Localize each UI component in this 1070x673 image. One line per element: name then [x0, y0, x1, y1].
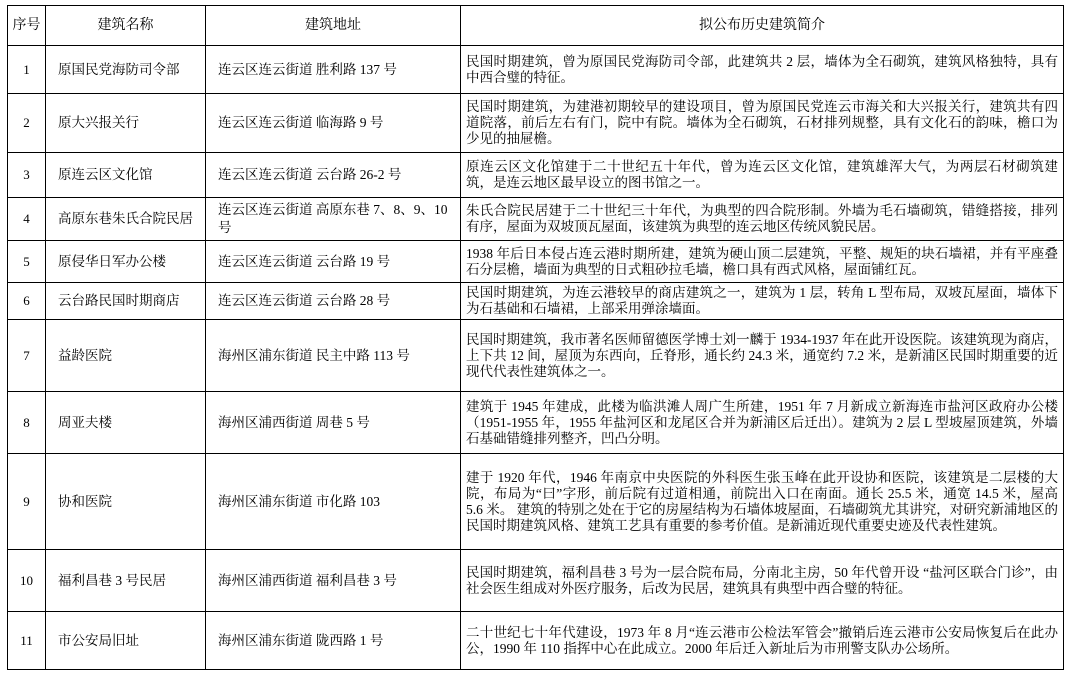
building-address-cell: 海州区浦西街道 福利昌巷 3 号 [206, 550, 461, 612]
row-number-cell: 8 [8, 392, 46, 454]
building-name-cell: 福利昌巷 3 号民居 [46, 550, 206, 612]
building-description-cell: 二十世纪七十年代建设，1973 年 8 月“连云港市公检法军管会”撤销后连云港市… [461, 612, 1064, 670]
row-number-cell: 5 [8, 241, 46, 283]
row-number-cell: 10 [8, 550, 46, 612]
building-description-cell: 民国时期建筑，我市著名医师留德医学博士刘一麟于 1934-1937 年在此开设医… [461, 320, 1064, 392]
row-number-cell: 6 [8, 283, 46, 320]
table-header-row: 序号 建筑名称 建筑地址 拟公布历史建筑简介 [8, 6, 1064, 46]
building-address-cell: 海州区浦东街道 陇西路 1 号 [206, 612, 461, 670]
header-address: 建筑地址 [206, 6, 461, 46]
row-number-cell: 4 [8, 198, 46, 241]
table-row: 11 市公安局旧址 海州区浦东街道 陇西路 1 号 二十世纪七十年代建设，197… [8, 612, 1064, 670]
table-row: 8 周亚夫楼 海州区浦西街道 周巷 5 号 建筑于 1945 年建成，此楼为临洪… [8, 392, 1064, 454]
building-address-cell: 连云区连云街道 高原东巷 7、8、9、10 号 [206, 198, 461, 241]
building-address-cell: 海州区浦东街道 民主中路 113 号 [206, 320, 461, 392]
building-description-cell: 民国时期建筑，为建港初期较早的建设项目，曾为原国民党连云市海关和大兴报关行，建筑… [461, 94, 1064, 153]
table-row: 7 益龄医院 海州区浦东街道 民主中路 113 号 民国时期建筑，我市著名医师留… [8, 320, 1064, 392]
table-row: 4 高原东巷朱氏合院民居 连云区连云街道 高原东巷 7、8、9、10 号 朱氏合… [8, 198, 1064, 241]
document-page: 序号 建筑名称 建筑地址 拟公布历史建筑简介 1 原国民党海防司令部 连云区连云… [0, 0, 1070, 673]
header-name: 建筑名称 [46, 6, 206, 46]
building-address-cell: 海州区浦西街道 周巷 5 号 [206, 392, 461, 454]
building-description-cell: 建于 1920 年代，1946 年南京中央医院的外科医生张玉峰在此开设协和医院，… [461, 454, 1064, 550]
building-description-cell: 民国时期建筑，为连云港较早的商店建筑之一，建筑为 1 层，转角 L 型布局，双坡… [461, 283, 1064, 320]
building-description-cell: 建筑于 1945 年建成，此楼为临洪滩人周广生所建，1951 年 7 月新成立新… [461, 392, 1064, 454]
row-number-cell: 3 [8, 153, 46, 198]
building-name-cell: 市公安局旧址 [46, 612, 206, 670]
table-row: 1 原国民党海防司令部 连云区连云街道 胜利路 137 号 民国时期建筑，曾为原… [8, 46, 1064, 94]
table-row: 6 云台路民国时期商店 连云区连云街道 云台路 28 号 民国时期建筑，为连云港… [8, 283, 1064, 320]
table-row: 3 原连云区文化馆 连云区连云街道 云台路 26-2 号 原连云区文化馆建于二十… [8, 153, 1064, 198]
building-description-cell: 民国时期建筑，福利昌巷 3 号为一层合院布局，分南北主房，50 年代曾开设 “盐… [461, 550, 1064, 612]
building-address-cell: 连云区连云街道 云台路 28 号 [206, 283, 461, 320]
building-address-cell: 连云区连云街道 临海路 9 号 [206, 94, 461, 153]
row-number-cell: 1 [8, 46, 46, 94]
table-row: 5 原侵华日军办公楼 连云区连云街道 云台路 19 号 1938 年后日本侵占连… [8, 241, 1064, 283]
row-number-cell: 7 [8, 320, 46, 392]
building-name-cell: 原连云区文化馆 [46, 153, 206, 198]
building-description-cell: 民国时期建筑，曾为原国民党海防司令部，此建筑共 2 层，墙体为全石砌筑，建筑风格… [461, 46, 1064, 94]
table-row: 2 原大兴报关行 连云区连云街道 临海路 9 号 民国时期建筑，为建港初期较早的… [8, 94, 1064, 153]
row-number-cell: 2 [8, 94, 46, 153]
building-name-cell: 周亚夫楼 [46, 392, 206, 454]
building-name-cell: 云台路民国时期商店 [46, 283, 206, 320]
row-number-cell: 9 [8, 454, 46, 550]
building-name-cell: 原大兴报关行 [46, 94, 206, 153]
building-address-cell: 连云区连云街道 云台路 19 号 [206, 241, 461, 283]
building-description-cell: 1938 年后日本侵占连云港时期所建，建筑为硬山顶二层建筑，平整、规矩的块石墙裙… [461, 241, 1064, 283]
historic-buildings-table: 序号 建筑名称 建筑地址 拟公布历史建筑简介 1 原国民党海防司令部 连云区连云… [7, 5, 1064, 670]
building-address-cell: 海州区浦东街道 市化路 103 [206, 454, 461, 550]
building-name-cell: 原国民党海防司令部 [46, 46, 206, 94]
table-row: 10 福利昌巷 3 号民居 海州区浦西街道 福利昌巷 3 号 民国时期建筑，福利… [8, 550, 1064, 612]
building-name-cell: 益龄医院 [46, 320, 206, 392]
building-address-cell: 连云区连云街道 胜利路 137 号 [206, 46, 461, 94]
building-name-cell: 高原东巷朱氏合院民居 [46, 198, 206, 241]
building-description-cell: 朱氏合院民居建于二十世纪三十年代，为典型的四合院形制。外墙为毛石墙砌筑，错缝搭接… [461, 198, 1064, 241]
header-number: 序号 [8, 6, 46, 46]
row-number-cell: 11 [8, 612, 46, 670]
building-name-cell: 协和医院 [46, 454, 206, 550]
building-address-cell: 连云区连云街道 云台路 26-2 号 [206, 153, 461, 198]
header-description: 拟公布历史建筑简介 [461, 6, 1064, 46]
building-description-cell: 原连云区文化馆建于二十世纪五十年代，曾为连云区文化馆，建筑雄浑大气，为两层石材砌… [461, 153, 1064, 198]
building-name-cell: 原侵华日军办公楼 [46, 241, 206, 283]
table-row: 9 协和医院 海州区浦东街道 市化路 103 建于 1920 年代，1946 年… [8, 454, 1064, 550]
